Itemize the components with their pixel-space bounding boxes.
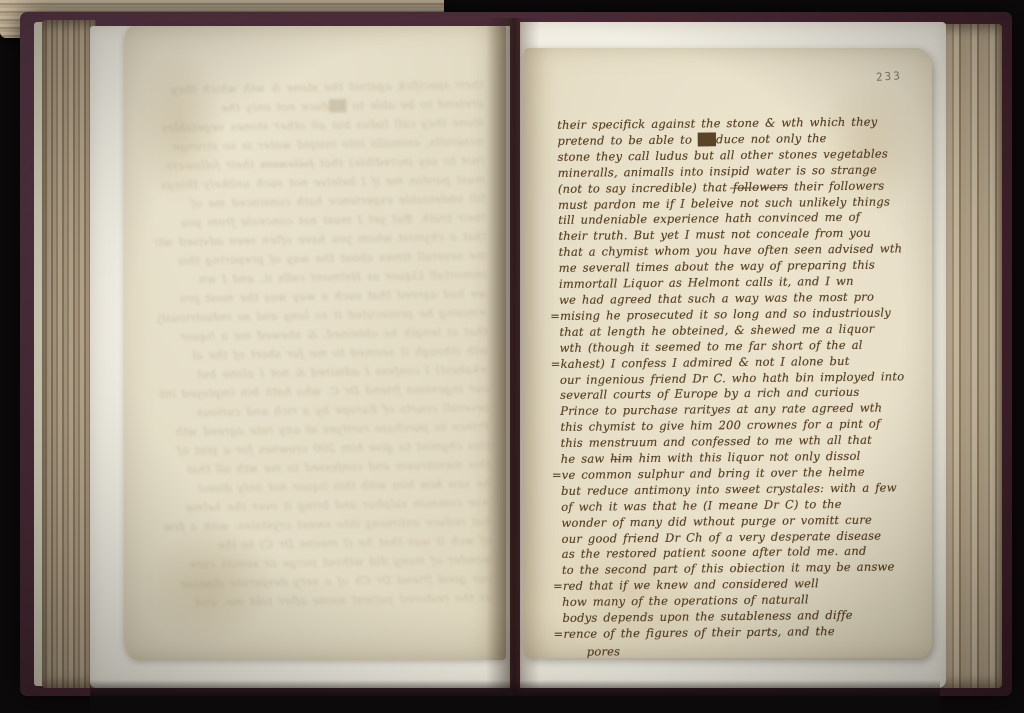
bottom-shadow: [90, 680, 940, 713]
photo-vignette: [20, 12, 1012, 696]
photograph-of-manuscript: their specifick against the stone & wth …: [0, 0, 1024, 713]
